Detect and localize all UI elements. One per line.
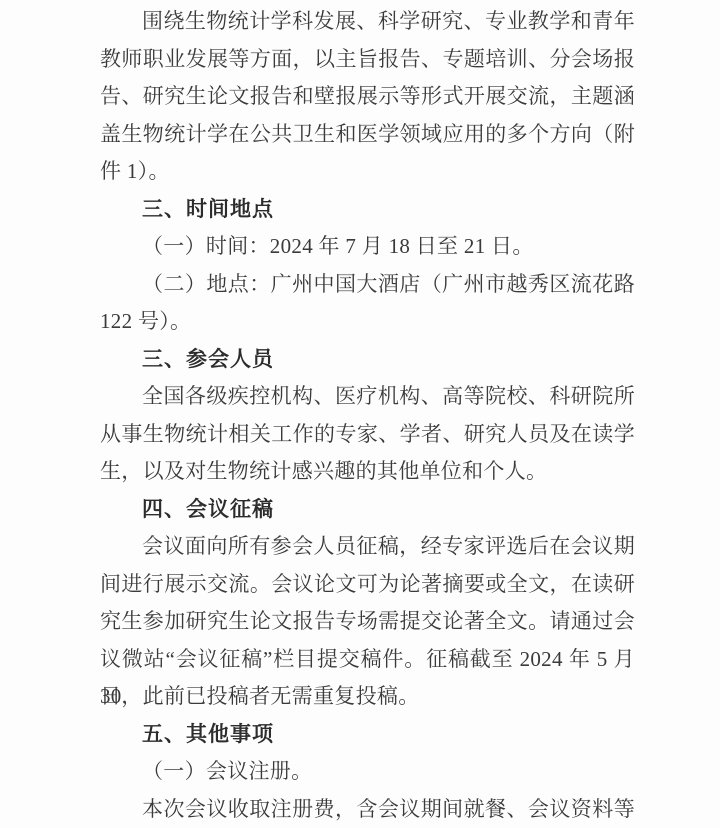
text-line: 122 号）。 <box>100 303 635 341</box>
text-line: 会议面向所有参会人员征稿，经专家评选后在会议期 <box>100 528 635 566</box>
text-line: 从事生物统计相关工作的专家、学者、研究人员及在读学 <box>100 416 635 454</box>
section-heading-time-location: 三、时间地点 <box>100 191 635 229</box>
document-page: 围绕生物统计学科发展、科学研究、专业教学和青年 教师职业发展等方面，以主旨报告、… <box>0 0 720 828</box>
text-line: 全国各级疾控机构、医疗机构、高等院校、科研院所 <box>100 378 635 416</box>
text-line: 教师职业发展等方面，以主旨报告、专题培训、分会场报 <box>100 41 635 79</box>
text-line-registration-item: （一）会议注册。 <box>100 753 635 791</box>
section-heading-call-for-papers: 四、会议征稿 <box>100 491 635 529</box>
text-line: 生，以及对生物统计感兴趣的其他单位和个人。 <box>100 453 635 491</box>
section-heading-participants: 三、参会人员 <box>100 341 635 379</box>
text-line-submission-deadline: 议微站“会议征稿”栏目提交稿件。征稿截至 2024 年 5 月 30 <box>100 641 635 679</box>
text-line: 日，此前已投稿者无需重复投稿。 <box>100 678 635 716</box>
section-heading-other-matters: 五、其他事项 <box>100 716 635 754</box>
text-line: 盖生物统计学在公共卫生和医学领域应用的多个方向（附 <box>100 116 635 154</box>
text-line: 围绕生物统计学科发展、科学研究、专业教学和青年 <box>100 3 635 41</box>
text-line: 件 1）。 <box>100 153 635 191</box>
text-line: 本次会议收取注册费，含会议期间就餐、会议资料等 <box>100 791 635 828</box>
text-line: 究生参加研究生论文报告专场需提交论著全文。请通过会 <box>100 603 635 641</box>
text-line-meeting-time: （一）时间：2024 年 7 月 18 日至 21 日。 <box>100 228 635 266</box>
text-line-meeting-place: （二）地点：广州中国大酒店（广州市越秀区流花路 <box>100 266 635 304</box>
text-line: 间进行展示交流。会议论文可为论著摘要或全文，在读研 <box>100 566 635 604</box>
text-line: 告、研究生论文报告和壁报展示等形式开展交流，主题涵 <box>100 78 635 116</box>
document-body: 围绕生物统计学科发展、科学研究、专业教学和青年 教师职业发展等方面，以主旨报告、… <box>100 3 635 828</box>
